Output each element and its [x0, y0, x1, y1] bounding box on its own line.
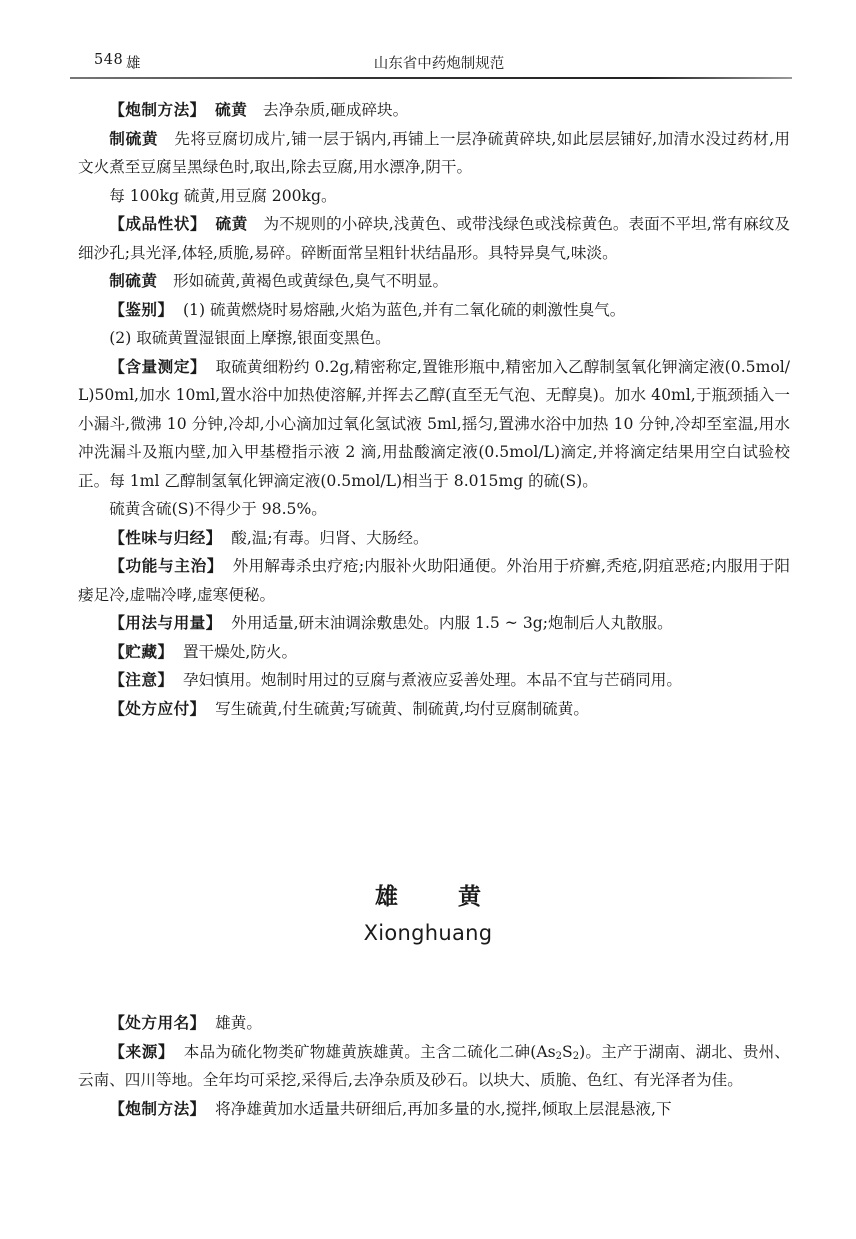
product-traits-label: 【成品性状】 — [109, 215, 206, 233]
source-paragraph: 【来源】本品为硫化物类矿物雄黄族雄黄。主含二硫化二砷(As2S2)。主产于湖南、… — [78, 1038, 790, 1095]
usage-dosage-label: 【用法与用量】 — [109, 614, 222, 632]
entry-title: 雄黄 — [0, 878, 856, 911]
processed-sulfur-text: 先将豆腐切成片,铺一层于锅内,再铺上一层净硫黄碎块,如此层层铺好,加清水没过药材… — [78, 130, 790, 177]
functions-paragraph: 【功能与主治】外用解毒杀虫疗疮;内服补火助阳通便。外治用于疥癣,秃疮,阴疽恶疮;… — [78, 552, 790, 609]
processing-label: 【炮制方法】 — [109, 101, 206, 119]
running-header: 548 雄 山东省中药炮制规范 — [70, 52, 792, 76]
nature-meridian-text: 酸,温;有毒。归肾、大肠经。 — [231, 529, 428, 547]
sulfur-section: 【炮制方法】硫黄去净杂质,砸成碎块。 制硫黄先将豆腐切成片,铺一层于锅内,再铺上… — [78, 96, 790, 723]
product-traits-processed-paragraph: 制硫黄形如硫黄,黄褐色或黄绿色,臭气不明显。 — [78, 267, 790, 296]
assay-limit: 硫黄含硫(S)不得少于 98.5%。 — [78, 495, 790, 524]
storage-label: 【贮藏】 — [109, 643, 173, 661]
prescription-paragraph: 【处方应付】写生硫黄,付生硫黄;写硫黄、制硫黄,均付豆腐制硫黄。 — [78, 695, 790, 724]
storage-paragraph: 【贮藏】置干燥处,防火。 — [78, 638, 790, 667]
prescription-text: 写生硫黄,付生硫黄;写硫黄、制硫黄,均付豆腐制硫黄。 — [215, 700, 589, 718]
product-traits-processed-term: 制硫黄 — [109, 272, 157, 290]
prescription-name-paragraph: 【处方用名】雄黄。 — [78, 1009, 790, 1038]
nature-meridian-paragraph: 【性味与归经】酸,温;有毒。归肾、大肠经。 — [78, 524, 790, 553]
realgar-processing-paragraph: 【炮制方法】将净雄黄加水适量共研细后,再加多量的水,搅拌,倾取上层混悬液,下 — [78, 1095, 790, 1124]
nature-meridian-label: 【性味与归经】 — [109, 529, 222, 547]
entry-title-char-1: 雄 — [375, 884, 398, 910]
usage-dosage-paragraph: 【用法与用量】外用适量,研末油调涂敷患处。内服 1.5 ~ 3g;炮制后人丸散服… — [78, 609, 790, 638]
ratio-paragraph: 每 100kg 硫黄,用豆腐 200kg。 — [78, 182, 790, 211]
storage-text: 置干燥处,防火。 — [183, 643, 297, 661]
identification-paragraph: 【鉴别】(1) 硫黄燃烧时易熔融,火焰为蓝色,并有二氧化硫的刺激性臭气。 — [78, 296, 790, 325]
assay-text: 取硫黄细粉约 0.2g,精密称定,置锥形瓶中,精密加入乙醇制氢氧化钾滴定液(0.… — [78, 358, 790, 490]
source-text-before: 本品为硫化物类矿物雄黄族雄黄。主含二硫化二砷(As — [184, 1043, 556, 1061]
processing-paragraph: 【炮制方法】硫黄去净杂质,砸成碎块。 — [78, 96, 790, 125]
entry-title-char-2: 黄 — [458, 884, 481, 910]
formula-mid: S — [562, 1043, 573, 1061]
product-traits-paragraph: 【成品性状】硫黄为不规则的小碎块,浅黄色、或带浅绿色或浅棕黄色。表面不平坦,常有… — [78, 210, 790, 267]
identification-label: 【鉴别】 — [109, 301, 173, 319]
caution-label: 【注意】 — [109, 671, 173, 689]
processing-text: 去净杂质,砸成碎块。 — [263, 101, 408, 119]
product-traits-term: 硫黄 — [215, 215, 247, 233]
product-traits-processed-text: 形如硫黄,黄褐色或黄绿色,臭气不明显。 — [173, 272, 448, 290]
identification-item-2: (2) 取硫黄置湿银面上摩擦,银面变黑色。 — [78, 324, 790, 353]
realgar-section: 【处方用名】雄黄。 【来源】本品为硫化物类矿物雄黄族雄黄。主含二硫化二砷(As2… — [78, 1009, 790, 1123]
source-label: 【来源】 — [109, 1043, 174, 1061]
processing-term: 硫黄 — [215, 101, 247, 119]
caution-paragraph: 【注意】孕妇慎用。炮制时用过的豆腐与煮液应妥善处理。本品不宜与芒硝同用。 — [78, 666, 790, 695]
prescription-name-label: 【处方用名】 — [109, 1014, 206, 1032]
assay-paragraph: 【含量测定】取硫黄细粉约 0.2g,精密称定,置锥形瓶中,精密加入乙醇制氢氧化钾… — [78, 353, 790, 496]
entry-pinyin: Xionghuang — [0, 921, 856, 945]
realgar-processing-label: 【炮制方法】 — [109, 1100, 206, 1118]
processed-sulfur-term: 制硫黄 — [109, 130, 158, 148]
processed-sulfur-paragraph: 制硫黄先将豆腐切成片,铺一层于锅内,再铺上一层净硫黄碎块,如此层层铺好,加清水没… — [78, 125, 790, 182]
prescription-label: 【处方应付】 — [109, 700, 206, 718]
book-title: 山东省中药炮制规范 — [70, 52, 792, 73]
prescription-name-text: 雄黄。 — [215, 1014, 262, 1032]
identification-item-1: (1) 硫黄燃烧时易熔融,火焰为蓝色,并有二氧化硫的刺激性臭气。 — [183, 301, 625, 319]
header-rule — [70, 77, 792, 79]
caution-text: 孕妇慎用。炮制时用过的豆腐与煮液应妥善处理。本品不宜与芒硝同用。 — [183, 671, 682, 689]
usage-dosage-text: 外用适量,研末油调涂敷患处。内服 1.5 ~ 3g;炮制后人丸散服。 — [231, 614, 673, 632]
realgar-processing-text: 将净雄黄加水适量共研细后,再加多量的水,搅拌,倾取上层混悬液,下 — [215, 1100, 671, 1118]
assay-label: 【含量测定】 — [109, 358, 206, 376]
functions-label: 【功能与主治】 — [109, 557, 223, 575]
